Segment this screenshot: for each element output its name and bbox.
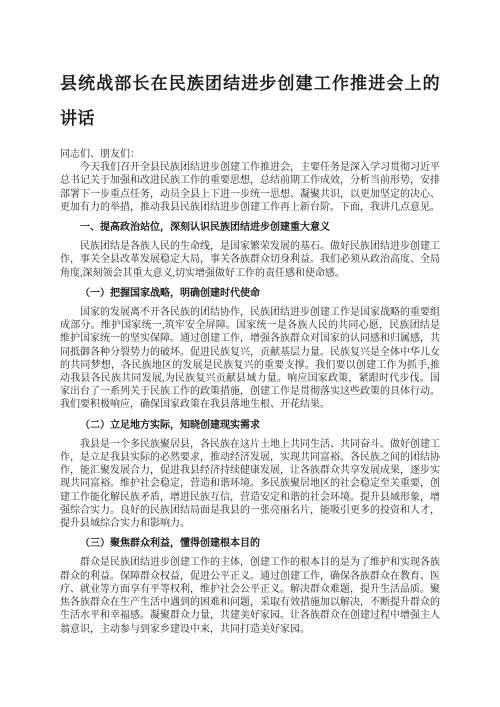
salutation: 同志们、朋友们：	[60, 148, 440, 161]
subsection-three-paragraph: 群众是民族团结进步创建工作的主体，创建工作的根本目的是为了维护和实现各族群众的利…	[60, 556, 440, 635]
subsection-heading-one: （一）把握国家战略，明确创建时代使命	[60, 287, 440, 300]
section-one-paragraph: 民族团结是各族人民的生命线，是国家繁荣发展的基石。做好民族团结进步创建工作，事关…	[60, 240, 440, 280]
subsection-heading-three: （三）聚焦群众利益，懂得创建根本目的	[60, 537, 440, 550]
subsection-one-paragraph: 国家的发展离不开各民族的团结协作，民族团结进步创建工作是国家战略的重要组成部分。…	[60, 306, 440, 412]
subsection-two-paragraph: 我县是一个多民族聚居县，各民族在这片土地上共同生活、共同奋斗。做好创建工作，是立…	[60, 438, 440, 530]
subsection-heading-two: （二）立足地方实际，知晓创建现实需求	[60, 419, 440, 432]
intro-paragraph: 今天我们召开全县民族团结进步创建工作推进会，主要任务是深入学习贯彻习近平总书记关…	[60, 161, 440, 214]
document-page: 县统战部长在民族团结进步创建工作推进会上的讲话 同志们、朋友们： 今天我们召开全…	[0, 0, 500, 707]
section-heading-one: 一、提高政治站位，深刻认识民族团结进步创建重大意义	[60, 221, 440, 234]
document-title: 县统战部长在民族团结进步创建工作推进会上的讲话	[60, 66, 440, 136]
